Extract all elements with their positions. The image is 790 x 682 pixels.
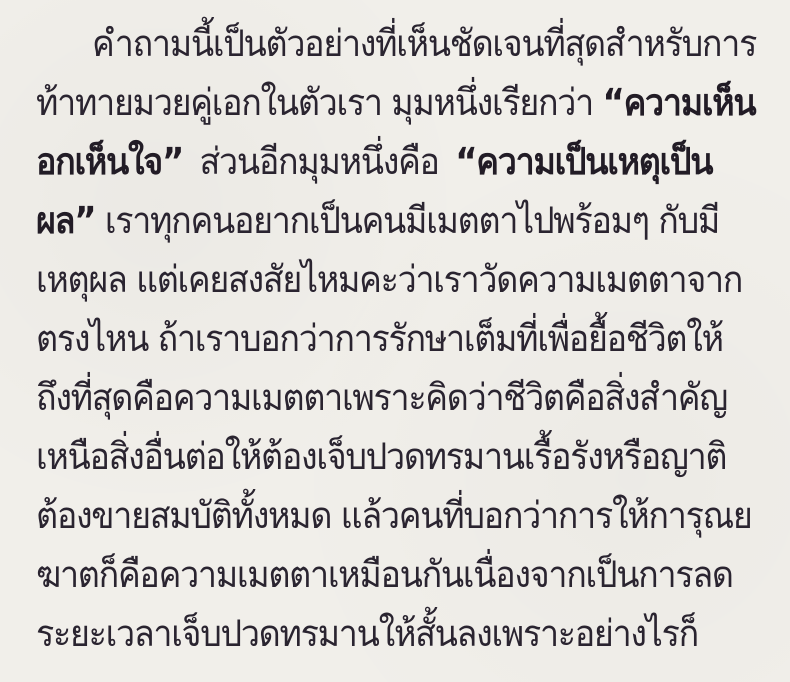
scanned-page: คำถามนี้เป็นตัวอย่างที่เห็นชัดเจนที่สุดส… — [0, 0, 790, 682]
article-line-3: อกเห็นใจ” ส่วนอีกมุมหนึ่งคือ “ความเป็นเห… — [36, 132, 712, 192]
line-text: เหตุผล แต่เคยสงสัยไหมคะว่าเราวัดความเมตต… — [36, 258, 742, 301]
article-line-2: ท้าทายมวยคู่เอกในตัวเรา มุมหนึ่งเรียกว่า… — [36, 73, 712, 133]
bold-term-compassion: “ความเห็น — [602, 81, 755, 124]
article-line-9: ต้องขายสมบัติทั้งหมด แล้วคนที่บอกว่าการใ… — [36, 486, 712, 546]
article-line-11: ระยะเวลาเจ็บปวดทรมานให้สั้นลงเพราะอย่างไ… — [36, 604, 712, 664]
article-line-5: เหตุผล แต่เคยสงสัยไหมคะว่าเราวัดความเมตต… — [36, 250, 712, 310]
line-text: ส่วนอีกมุมหนึ่งคือ — [183, 140, 455, 183]
line-text: เหนือสิ่งอื่นต่อให้ต้องเจ็บปวดทรมานเรื้อ… — [36, 435, 726, 478]
article-line-4: ผล” เราทุกคนอยากเป็นคนมีเมตตาไปพร้อมๆ กั… — [36, 191, 712, 251]
article-line-10: ฆาตก็คือความเมตตาเหมือนกันเนื่องจากเป็นก… — [36, 545, 712, 605]
line-text: ต้องขายสมบัติทั้งหมด แล้วคนที่บอกว่าการใ… — [36, 494, 752, 537]
article-line-8: เหนือสิ่งอื่นต่อให้ต้องเจ็บปวดทรมานเรื้อ… — [36, 427, 712, 487]
bold-term-rationality: “ความเป็นเหตุเป็น — [455, 140, 712, 183]
line-text: ระยะเวลาเจ็บปวดทรมานให้สั้นลงเพราะอย่างไ… — [36, 612, 698, 655]
line-text: ถึงที่สุดคือความเมตตาเพราะคิดว่าชีวิตคือ… — [36, 376, 727, 419]
line-text: ฆาตก็คือความเมตตาเหมือนกันเนื่องจากเป็นก… — [36, 553, 733, 596]
line-text: เราทุกคนอยากเป็นคนมีเมตตาไปพร้อมๆ กับมี — [95, 199, 719, 242]
article-line-6: ตรงไหน ถ้าเราบอกว่าการรักษาเต็มที่เพื่อย… — [36, 309, 712, 369]
article-line-1: คำถามนี้เป็นตัวอย่างที่เห็นชัดเจนที่สุดส… — [92, 14, 734, 74]
line-text: ตรงไหน ถ้าเราบอกว่าการรักษาเต็มที่เพื่อย… — [36, 317, 723, 360]
article-line-7: ถึงที่สุดคือความเมตตาเพราะคิดว่าชีวิตคือ… — [36, 368, 712, 428]
bold-term-rationality-end: ผล” — [36, 199, 95, 242]
bold-term-compassion-end: อกเห็นใจ” — [36, 140, 183, 183]
line-text: ท้าทายมวยคู่เอกในตัวเรา มุมหนึ่งเรียกว่า — [36, 81, 602, 124]
line-text: คำถามนี้เป็นตัวอย่างที่เห็นชัดเจนที่สุดส… — [92, 22, 756, 65]
